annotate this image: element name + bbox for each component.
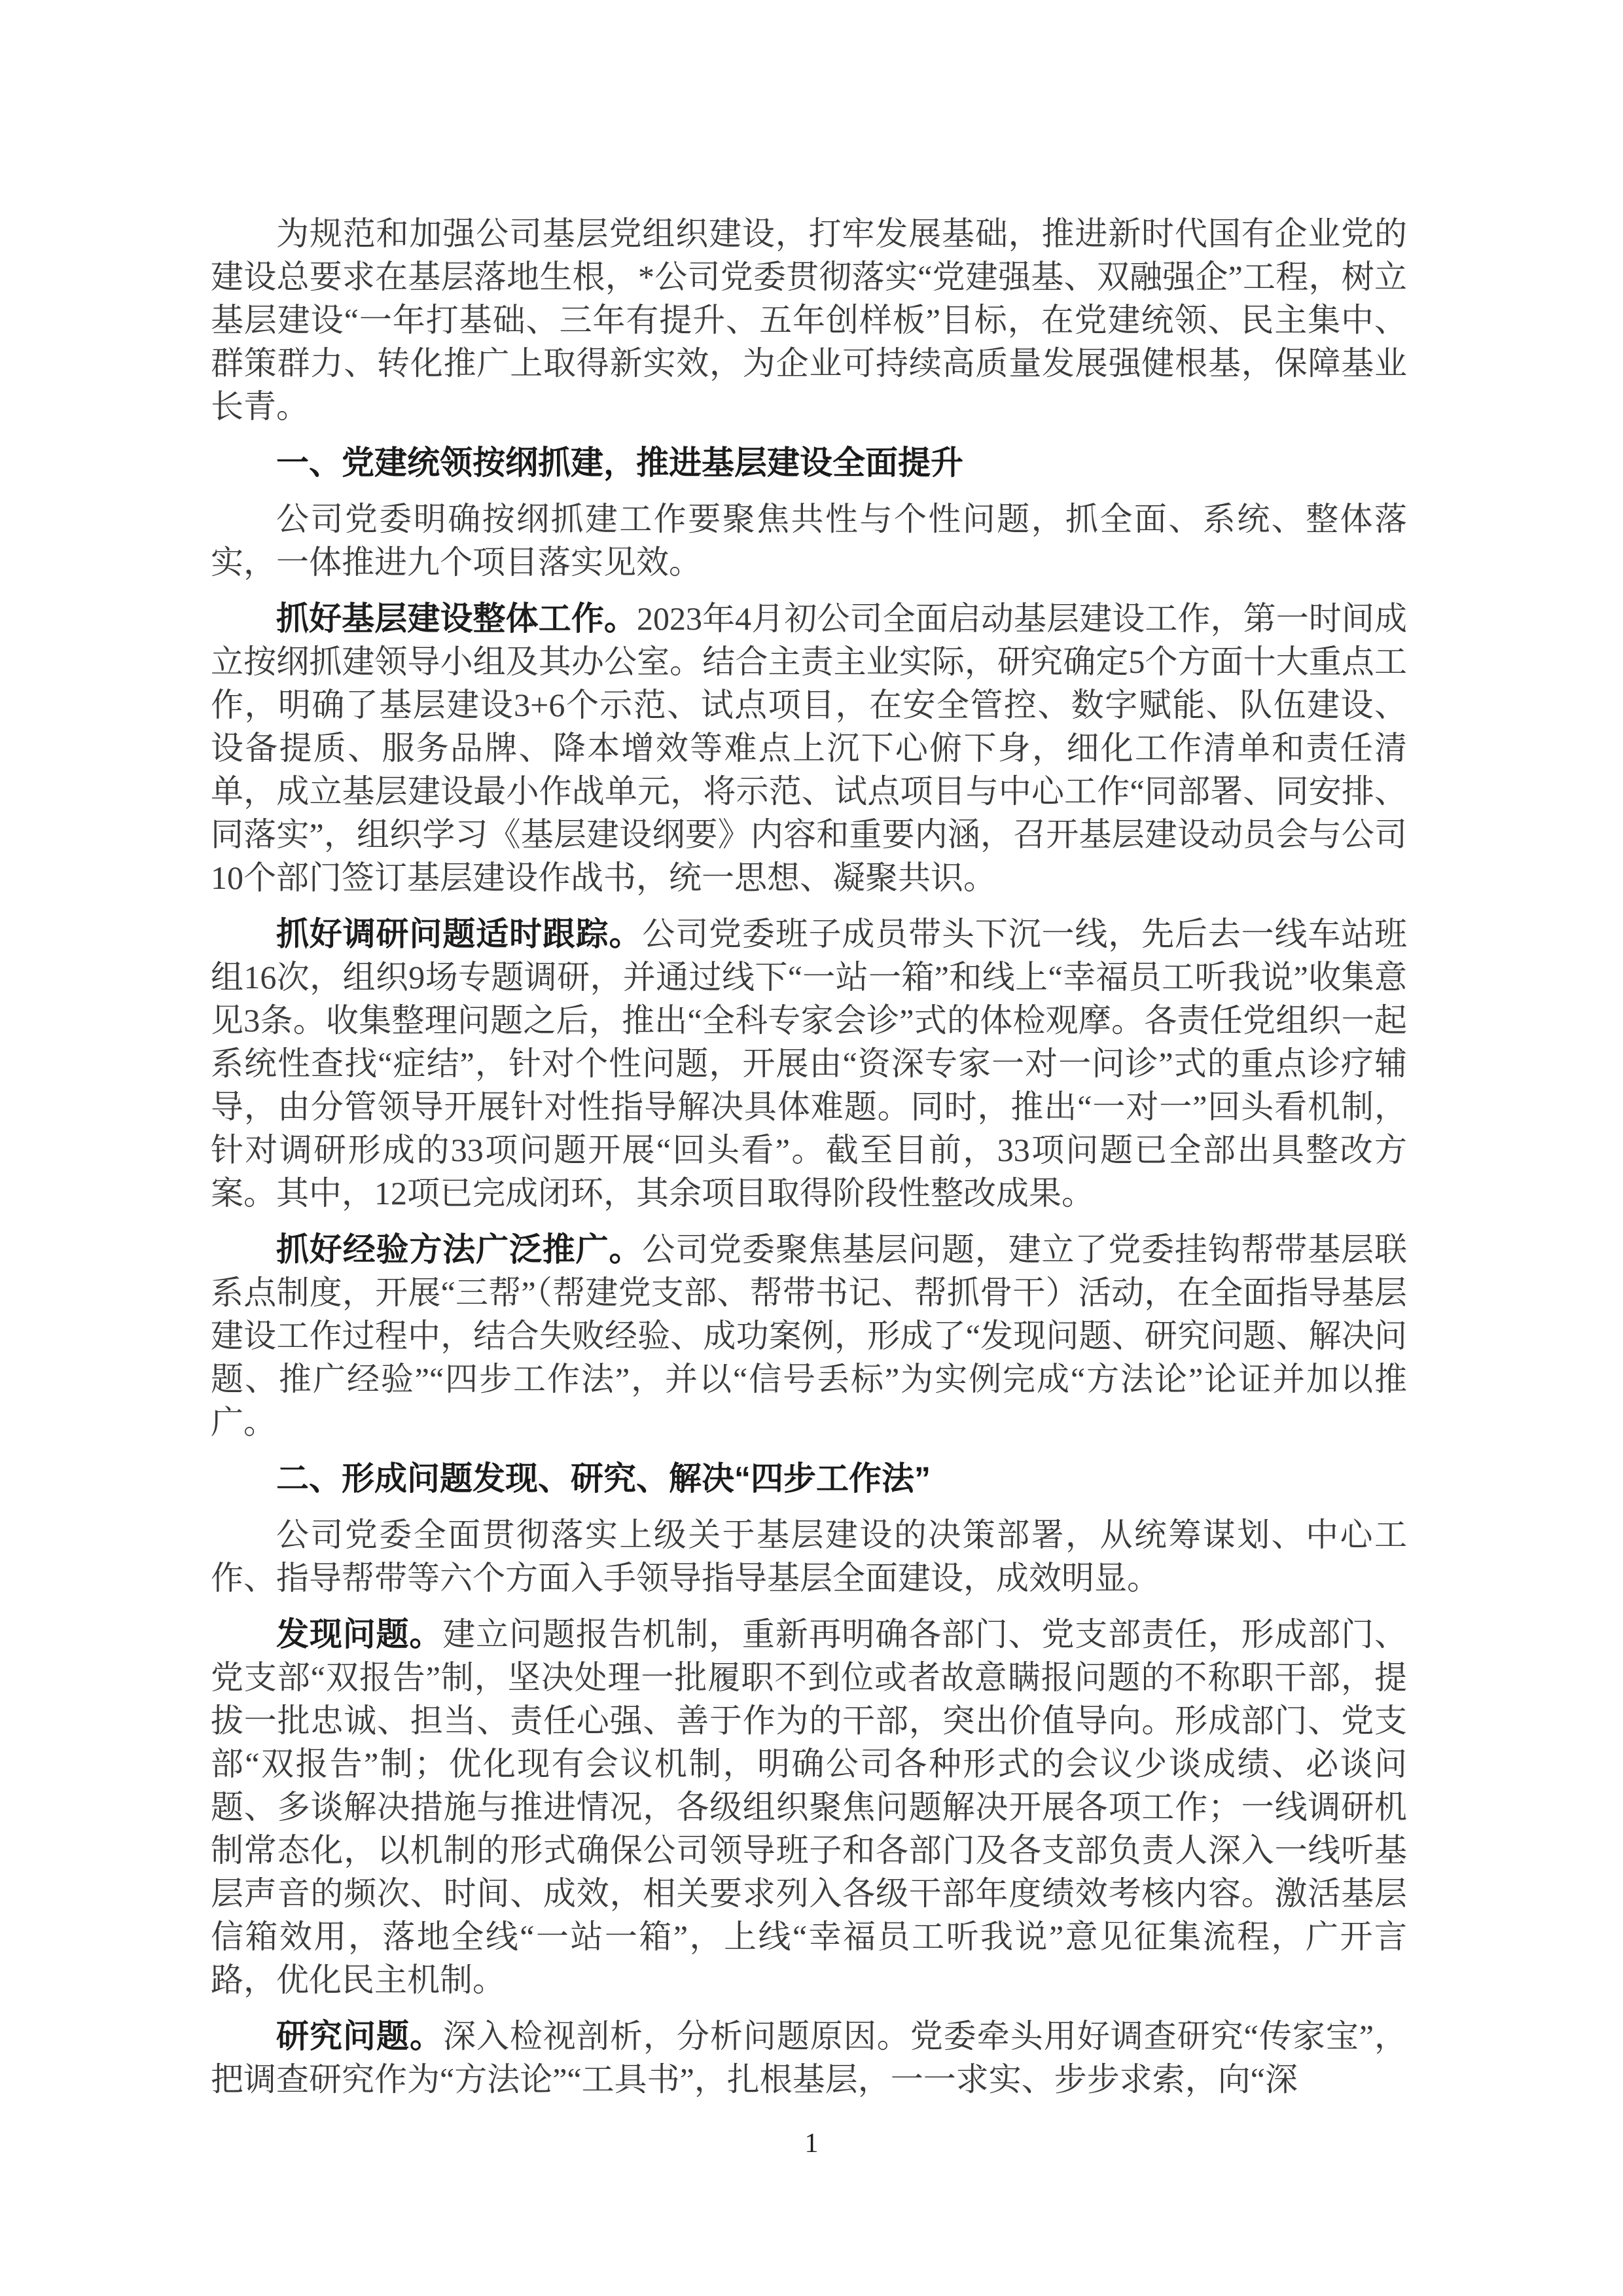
- paragraph: 公司党委全面贯彻落实上级关于基层建设的决策部署，从统筹谋划、中心工作、指导帮带等…: [211, 1513, 1407, 1600]
- page-number: 1: [0, 2128, 1623, 2159]
- paragraph: 研究问题。深入检视剖析，分析问题原因。党委牵头用好调查研究“传家宝”，把调查研究…: [211, 2015, 1407, 2101]
- paragraph-lead: 抓好基层建设整体工作。: [276, 600, 637, 637]
- paragraph: 抓好经验方法广泛推广。公司党委聚焦基层问题，建立了党委挂钩帮带基层联系点制度，开…: [211, 1228, 1407, 1444]
- paragraph-text: 为规范和加强公司基层党组织建设，打牢发展基础，推进新时代国有企业党的建设总要求在…: [211, 215, 1407, 425]
- paragraph-text: 建立问题报告机制，重新再明确各部门、党支部责任，形成部门、党支部“双报告”制，坚…: [211, 1616, 1407, 1998]
- paragraph-text: 公司党委明确按纲抓建工作要聚焦共性与个性问题，抓全面、系统、整体落实，一体推进九…: [211, 501, 1407, 581]
- paragraph: 为规范和加强公司基层党组织建设，打牢发展基础，推进新时代国有企业党的建设总要求在…: [211, 212, 1407, 428]
- paragraph-lead: 发现问题。: [276, 1616, 442, 1653]
- paragraph-text: 公司党委班子成员带头下沉一线，先后去一线车站班组16次，组织9场专题调研，并通过…: [211, 916, 1407, 1211]
- paragraph-text: 2023年4月初公司全面启动基层建设工作，第一时间成立按纲抓建领导小组及其办公室…: [211, 600, 1407, 896]
- document-content: 为规范和加强公司基层党组织建设，打牢发展基础，推进新时代国有企业党的建设总要求在…: [211, 212, 1407, 2114]
- paragraph-lead: 研究问题。: [276, 2018, 443, 2054]
- paragraph: 抓好调研问题适时跟踪。公司党委班子成员带头下沉一线，先后去一线车站班组16次，组…: [211, 912, 1407, 1215]
- paragraph: 公司党委明确按纲抓建工作要聚焦共性与个性问题，抓全面、系统、整体落实，一体推进九…: [211, 497, 1407, 584]
- paragraph-lead: 抓好调研问题适时跟踪。: [276, 916, 642, 952]
- paragraph-text: 公司党委全面贯彻落实上级关于基层建设的决策部署，从统筹谋划、中心工作、指导帮带等…: [211, 1516, 1407, 1596]
- document-page: 为规范和加强公司基层党组织建设，打牢发展基础，推进新时代国有企业党的建设总要求在…: [0, 0, 1623, 2296]
- paragraph-lead: 抓好经验方法广泛推广。: [276, 1231, 642, 1268]
- paragraph: 抓好基层建设整体工作。2023年4月初公司全面启动基层建设工作，第一时间成立按纲…: [211, 597, 1407, 899]
- paragraph: 发现问题。建立问题报告机制，重新再明确各部门、党支部责任，形成部门、党支部“双报…: [211, 1613, 1407, 2001]
- section-heading: 一、党建统领按纲抓建，推进基层建设全面提升: [211, 441, 1407, 484]
- section-heading: 二、形成问题发现、研究、解决“四步工作法”: [211, 1457, 1407, 1500]
